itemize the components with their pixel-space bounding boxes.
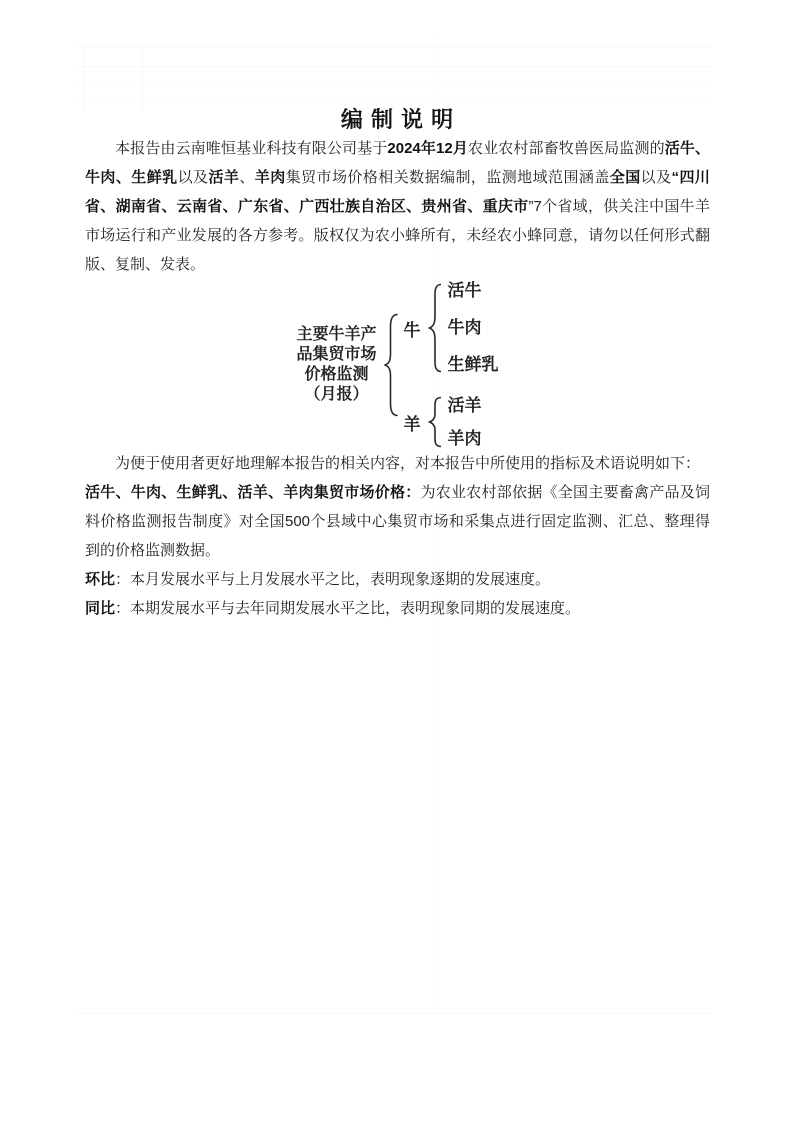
leaf-live-sheep: 活羊 bbox=[448, 397, 482, 415]
terms-intro-paragraph: 为便于使用者更好地理解本报告的相关内容，对本报告中所使用的指标及术语说明如下： bbox=[85, 449, 710, 478]
leaf-live-cattle: 活牛 bbox=[448, 282, 499, 300]
brace-icon-cattle bbox=[428, 283, 441, 373]
document-page: 编 制 说 明 本报告由云南唯恒基业科技有限公司基于2024年12月农业农村部畜… bbox=[0, 0, 794, 1122]
product-tree-diagram: 主要牛羊产 品集贸市场 价格监测 （月报） 牛 活牛 牛肉 生鲜乳 bbox=[296, 281, 498, 449]
intro-paragraph: 本报告由云南唯恒基业科技有限公司基于2024年12月农业农村部畜牧兽医局监测的活… bbox=[85, 134, 710, 279]
branch-cattle-label: 牛 bbox=[404, 316, 421, 341]
sheep-leaves: 活羊 羊肉 bbox=[448, 397, 482, 448]
diagram-root-line: 品集贸市场 bbox=[296, 345, 376, 365]
page-title: 编 制 说 明 bbox=[85, 103, 710, 134]
branch-sheep: 羊 活羊 羊肉 bbox=[404, 396, 499, 448]
term-yoy: 同比：本期发展水平与去年同期发展水平之比，表明现象同期的发展速度。 bbox=[85, 594, 710, 623]
diagram-root-line: （月报） bbox=[296, 385, 376, 405]
term-market-price: 活牛、牛肉、生鲜乳、活羊、羊肉集贸市场价格：为农业农村部依据《全国主要畜禽产品及… bbox=[85, 478, 710, 565]
leaf-beef: 牛肉 bbox=[448, 319, 499, 337]
term-mom: 环比：本月发展水平与上月发展水平之比，表明现象逐期的发展速度。 bbox=[85, 565, 710, 594]
diagram-branches: 牛 活牛 牛肉 生鲜乳 羊 活羊 bbox=[404, 282, 499, 448]
branch-sheep-label: 羊 bbox=[404, 410, 421, 435]
diagram-root-line: 主要牛羊产 bbox=[296, 325, 376, 345]
cattle-leaves: 活牛 牛肉 生鲜乳 bbox=[448, 282, 499, 374]
leaf-mutton: 羊肉 bbox=[448, 430, 482, 448]
watermark-line bbox=[75, 83, 712, 84]
leaf-raw-milk: 生鲜乳 bbox=[448, 356, 499, 374]
watermark-line bbox=[75, 66, 712, 67]
branch-cattle: 牛 活牛 牛肉 生鲜乳 bbox=[404, 282, 499, 374]
document-content: 编 制 说 明 本报告由云南唯恒基业科技有限公司基于2024年12月农业农村部畜… bbox=[0, 103, 794, 623]
brace-icon-main bbox=[383, 313, 398, 417]
watermark-line bbox=[75, 46, 712, 47]
brace-icon-sheep bbox=[428, 396, 441, 448]
watermark-line bbox=[75, 1013, 712, 1014]
watermark-line bbox=[75, 99, 712, 100]
diagram-root-label: 主要牛羊产 品集贸市场 价格监测 （月报） bbox=[296, 325, 376, 405]
diagram-root-line: 价格监测 bbox=[296, 365, 376, 385]
